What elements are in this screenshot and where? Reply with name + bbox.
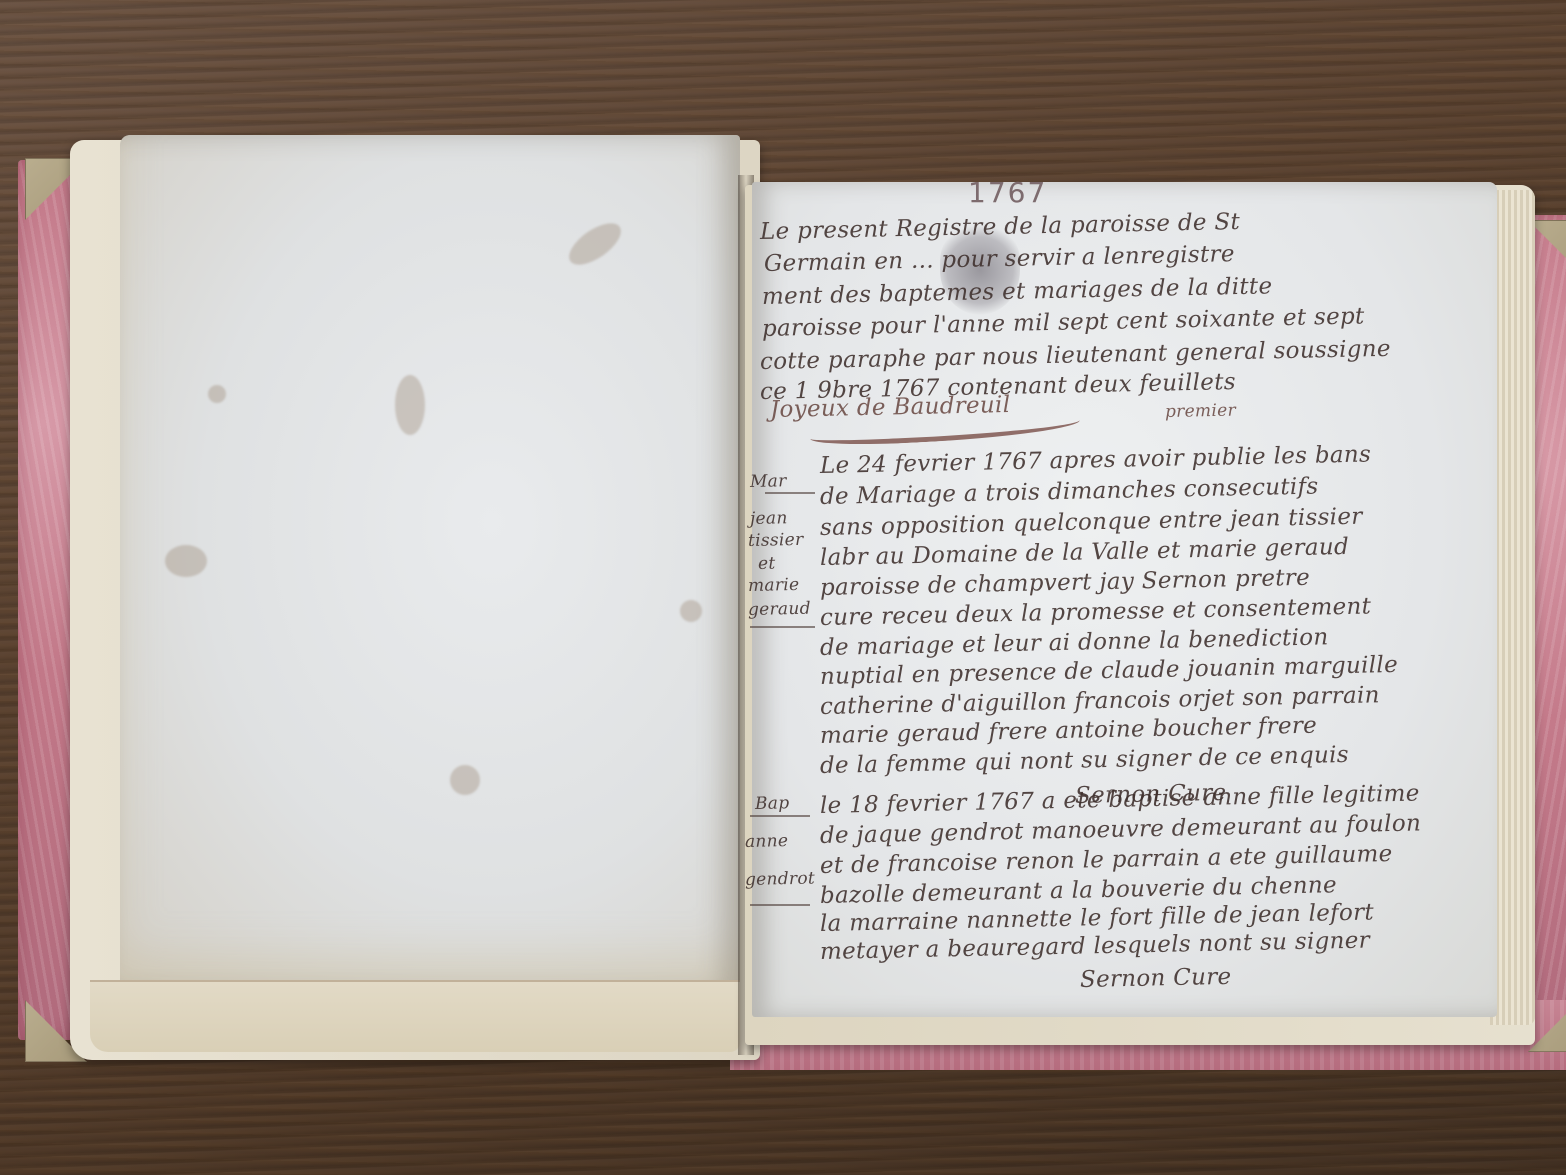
stain — [165, 545, 207, 577]
stain — [208, 385, 226, 403]
stain — [395, 375, 425, 435]
margin-label: anne — [745, 827, 789, 857]
margin-divider — [765, 492, 815, 494]
margin-label: gendrot — [745, 865, 816, 895]
margin-label: geraud — [748, 595, 811, 625]
margin-divider — [750, 904, 810, 906]
stain — [450, 765, 480, 795]
margin-divider — [750, 626, 815, 628]
left-page-folded-edge — [90, 980, 740, 1052]
stain — [562, 215, 627, 272]
left-page[interactable] — [120, 135, 740, 995]
entry-signature: Sernon Cure — [1080, 963, 1232, 995]
folio-note: premier — [1165, 397, 1237, 427]
stain — [680, 600, 702, 622]
pencil-year-annotation: 1767 — [968, 176, 1047, 209]
margin-label: tissier — [748, 526, 804, 556]
margin-divider — [750, 815, 810, 817]
